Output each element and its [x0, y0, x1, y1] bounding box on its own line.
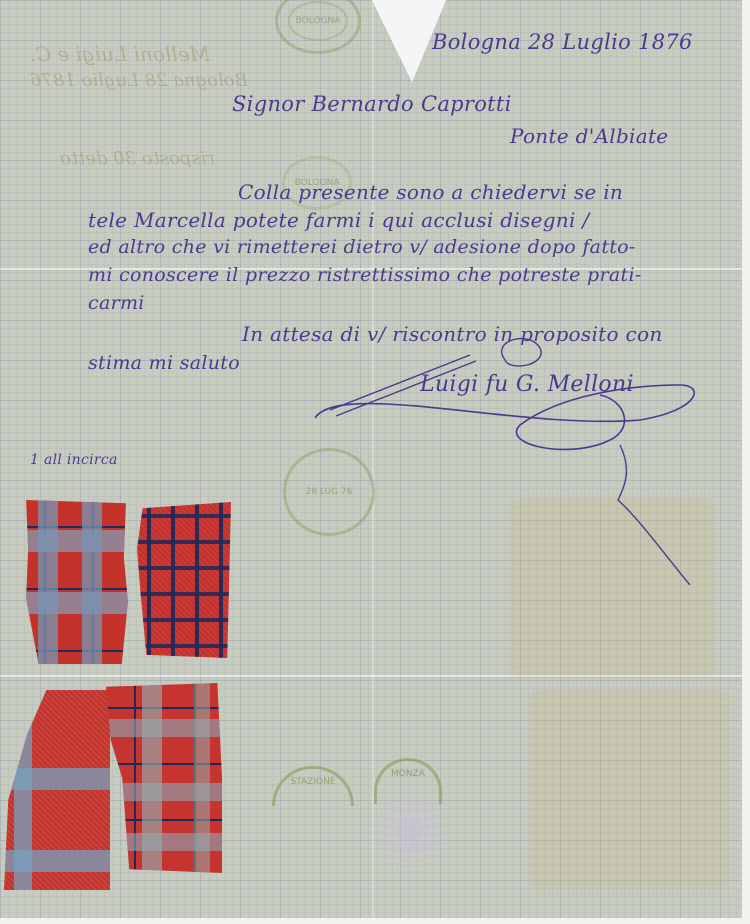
- sample-note: 1 all incirca: [30, 452, 118, 468]
- fabric-sample-1: [24, 500, 128, 664]
- fabric-sample-2: [137, 502, 231, 658]
- letter-sheet: Melloni Luigi e C. Bologna 28 Luglio 187…: [0, 0, 742, 918]
